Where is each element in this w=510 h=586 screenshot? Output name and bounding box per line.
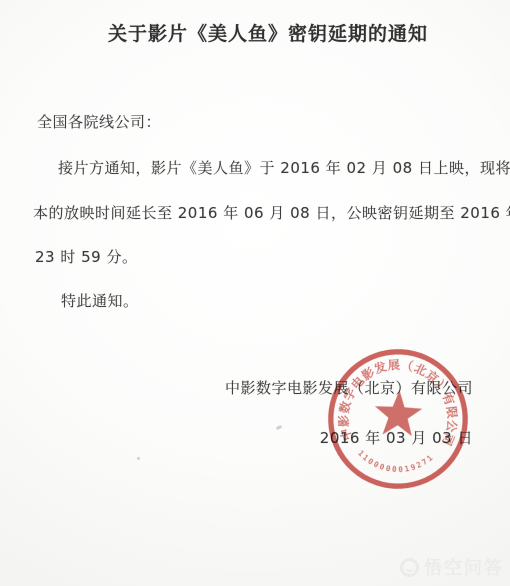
seal-serial-number: 1100000019271 bbox=[355, 448, 436, 476]
scan-artifact-speck bbox=[137, 457, 140, 460]
site-watermark: 悟空问答 bbox=[400, 554, 504, 580]
seal-star-icon bbox=[373, 389, 423, 437]
closing-phrase: 特此通知。 bbox=[61, 290, 139, 311]
body-line-3: 23 时 59 分。 bbox=[35, 246, 137, 267]
document-title: 关于影片《美人鱼》密钥延期的通知 bbox=[0, 19, 510, 46]
scanned-notice-document: 关于影片《美人鱼》密钥延期的通知 全国各院线公司： 接片方通知，影片《美人鱼》于… bbox=[0, 0, 510, 586]
scan-artifact-speck bbox=[276, 425, 283, 430]
wukong-monkey-logo-icon bbox=[400, 558, 419, 577]
body-line-2: 本的放映时间延长至 2016 年 06 月 08 日，公映密钥延期至 2016 … bbox=[33, 202, 510, 223]
salutation: 全国各院线公司： bbox=[37, 111, 161, 132]
watermark-label: 悟空问答 bbox=[424, 554, 504, 580]
body-line-1: 接片方通知，影片《美人鱼》于 2016 年 02 月 08 日上映，现将影片所有… bbox=[58, 157, 510, 178]
official-seal-stamp: 中影数字电影发展（北京）有限公司 1100000019271 bbox=[322, 343, 473, 494]
svg-text:1100000019271: 1100000019271 bbox=[355, 448, 436, 476]
